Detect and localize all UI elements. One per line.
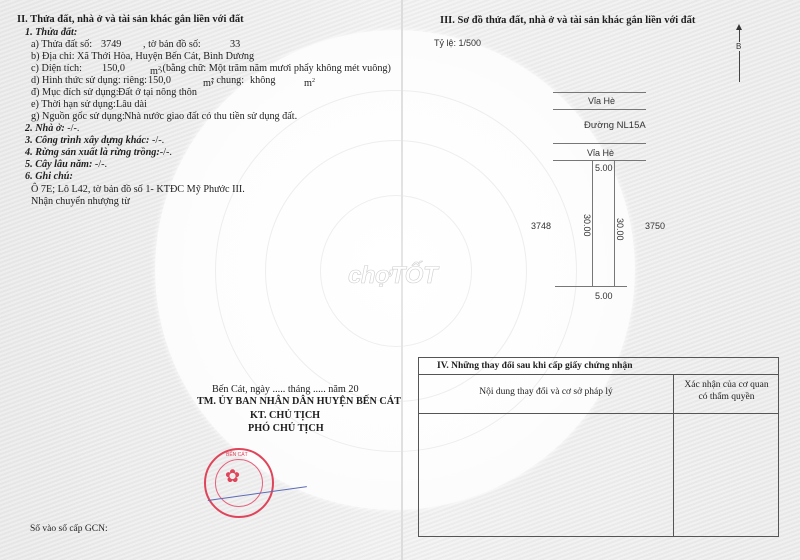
address-label: b) Địa chỉ: xyxy=(31,51,75,63)
item-production-forest: 4. Rừng sản xuất là rừng trồng:-/-. xyxy=(25,147,172,159)
section-iii-title: III. Sơ đồ thửa đất, nhà ở và tài sản kh… xyxy=(440,15,695,27)
item-perennial-trees: 5. Cây lâu năm: -/-. xyxy=(25,159,107,171)
notes-heading: 6. Ghi chú: xyxy=(25,171,73,183)
area-in-words: ,(bằng chữ: Một trăm năm mươi phẩy không… xyxy=(160,63,391,75)
map-sheet-label: , tờ bản đồ số: xyxy=(143,39,201,51)
land-heading: 1. Thửa đất: xyxy=(25,27,77,39)
sidewalk-top-line-1 xyxy=(553,92,646,93)
term-value: Lâu dài xyxy=(116,99,147,111)
usage-shared-value: không xyxy=(250,75,275,87)
note-line-2: Nhận chuyển nhượng từ xyxy=(31,196,130,208)
bottom-width: 5.00 xyxy=(595,290,613,302)
chotot-watermark-logo: chợTỐT xyxy=(348,262,437,290)
term-label: e) Thời hạn sử dụng: xyxy=(31,99,116,111)
sidewalk-top-label: Vỉa Hè xyxy=(588,95,615,107)
map-sheet-value: 33 xyxy=(230,39,240,51)
col-authority-confirm-1: Xác nhận của cơ quan xyxy=(674,379,779,391)
changes-table: IV. Những thay đổi sau khi cấp giấy chứn… xyxy=(418,357,779,537)
sidewalk-bottom-line-1 xyxy=(553,143,646,144)
plot-bottom-boundary xyxy=(555,286,627,287)
item-other-construction: 3. Công trình xây dựng khác: -/-. xyxy=(25,135,164,147)
place-date: Bến Cát, ngày ..... tháng ..... năm 20 xyxy=(212,384,359,396)
changes-table-title-row: IV. Những thay đổi sau khi cấp giấy chứn… xyxy=(419,358,778,375)
item-house: 2. Nhà ở: -/-. xyxy=(25,123,79,135)
usage-form-label: d) Hình thức sử dụng: riêng: xyxy=(31,75,147,87)
area-label: c) Diện tích: xyxy=(31,63,82,75)
changes-table-header-row: Nội dung thay đổi và cơ sở pháp lý Xác n… xyxy=(419,374,778,414)
road-label: Đường NL15A xyxy=(584,120,646,132)
plot-left-boundary xyxy=(592,160,593,287)
land-number-value: 3749 xyxy=(101,39,121,51)
sidewalk-top-line-2 xyxy=(553,109,646,110)
col-change-content: Nội dung thay đổi và cơ sở pháp lý xyxy=(419,386,673,398)
right-length: 30.00 xyxy=(615,218,625,241)
north-arrow-icon xyxy=(739,28,740,82)
top-width: 5.00 xyxy=(595,162,613,174)
section-ii-title: II. Thửa đất, nhà ở và tài sản khác gắn … xyxy=(17,14,244,26)
vice-chairman-title: PHÓ CHỦ TỊCH xyxy=(248,423,324,435)
purpose-label: đ) Mục đích sử dụng: xyxy=(31,87,119,99)
area-value: 150,0 xyxy=(102,63,125,75)
land-number-label: a) Thửa đất số: xyxy=(31,39,92,51)
scale-label: Tỷ lệ: 1/500 xyxy=(434,37,481,49)
changes-table-divider xyxy=(673,374,674,536)
address-value: Xã Thới Hòa, Huyện Bến Cát, Bình Dương xyxy=(77,51,254,63)
usage-private-value: 150,0 xyxy=(148,75,171,87)
seal-emblem-icon: ✿ xyxy=(225,466,240,487)
registry-label: Số vào sổ cấp GCN: xyxy=(30,523,108,535)
origin-value: Nhà nước giao đất có thu tiền sử dụng đấ… xyxy=(124,111,297,123)
purpose-value: Đất ở tại nông thôn xyxy=(118,87,197,99)
north-letter: B xyxy=(735,42,742,51)
sidewalk-bottom-label: Vỉa Hè xyxy=(587,147,614,159)
origin-label: g) Nguồn gốc sử dụng: xyxy=(31,111,125,123)
usage-shared-unit: m2 xyxy=(304,75,315,90)
neighbor-left: 3748 xyxy=(531,220,551,232)
authority-name: TM. ỦY BAN NHÂN DÂN HUYỆN BẾN CÁT xyxy=(197,396,401,408)
plot-top-boundary xyxy=(553,160,646,161)
on-behalf-title: KT. CHỦ TỊCH xyxy=(250,410,320,422)
changes-table-title: IV. Những thay đổi sau khi cấp giấy chứn… xyxy=(437,360,633,372)
usage-shared-label: ; chung: xyxy=(211,75,244,87)
neighbor-right: 3750 xyxy=(645,220,665,232)
note-line-1: Ô 7E; Lô L42, tờ bản đồ số 1- KTĐC Mỹ Ph… xyxy=(31,184,245,196)
left-length: 30.00 xyxy=(582,214,592,237)
col-authority-confirm-2: có thẩm quyền xyxy=(674,391,779,403)
